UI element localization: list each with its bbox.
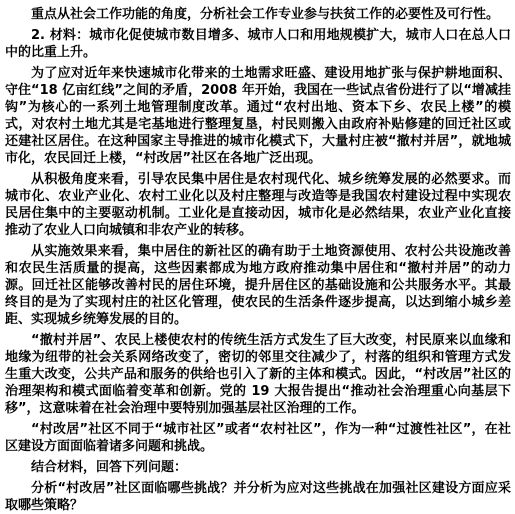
paragraph: 分析“村改居”社区面临哪些挑战？并分析为应对这些挑战在加强社区建设方面应采取哪些… [5,480,511,514]
paragraph: 重点从社会工作功能的角度，分析社会工作专业参与扶贫工作的必要性及可行性。 [5,6,511,23]
document-page: 重点从社会工作功能的角度，分析社会工作专业参与扶贫工作的必要性及可行性。 2. … [0,0,515,514]
paragraph: 从积极角度来看，引导农民集中居住是农村现代化、城乡统筹发展的必然要求。而城市化、… [5,171,511,239]
paragraph: 为了应对近年来快速城市化带来的土地需求旺盛、建设用地扩张与保护耕地面积、守住“1… [5,65,511,167]
paragraph: “村改居”社区不同于“城市社区”或者“农村社区”，作为一种“过渡性社区”，在社区… [5,421,511,455]
paragraph: 2. 材料：城市化促使城市数目增多、城市人口和用地规模扩大，城市人口在总人口中的… [5,27,511,61]
paragraph: “撤村并居”、农民上楼使农村的传统生活方式发生了巨大改变，村民原来以血缘和地缘为… [5,332,511,417]
paragraph: 结合材料，回答下列问题： [5,459,511,476]
paragraph: 从实施效果来看，集中居住的新社区的确有助于土地资源使用、农村公共设施改善和农民生… [5,243,511,328]
